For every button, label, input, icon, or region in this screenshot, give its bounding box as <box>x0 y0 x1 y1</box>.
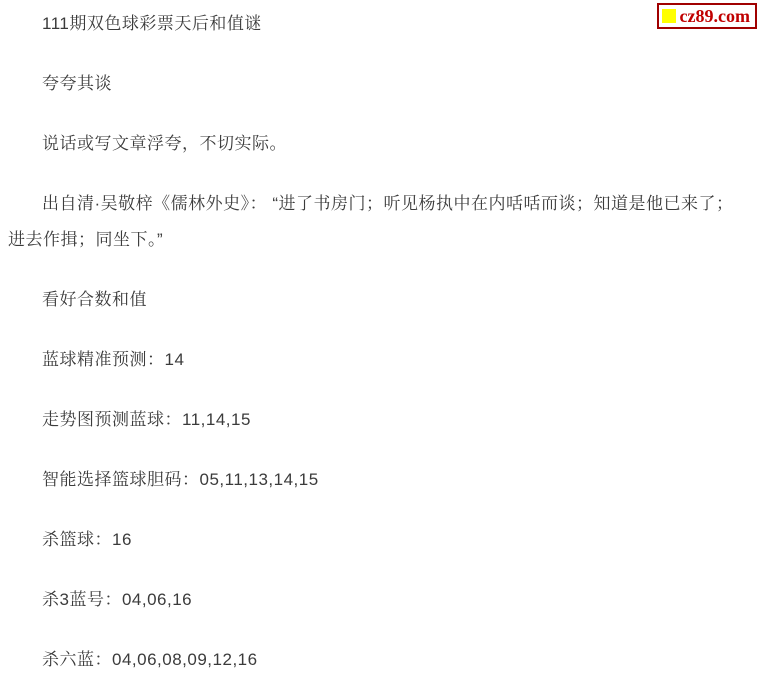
kill-6-blue-numbers: 杀六蓝：04,06,08,09,12,16 <box>8 642 752 678</box>
article-body: 111期双色球彩票天后和值谜 夸夸其谈 说话或写文章浮夸，不切实际。 出自清·吴… <box>0 0 760 678</box>
idiom-name: 夸夸其谈 <box>8 66 752 102</box>
title-line: 111期双色球彩票天后和值谜 <box>8 6 752 42</box>
trend-chart-blue-balls: 走势图预测蓝球：11,14,15 <box>8 402 752 438</box>
smart-blue-dan-codes: 智能选择篮球胆码：05,11,13,14,15 <box>8 462 752 498</box>
idiom-meaning: 说话或写文章浮夸，不切实际。 <box>8 126 752 162</box>
kill-blue-ball: 杀篮球：16 <box>8 522 752 558</box>
yellow-square-icon <box>662 9 676 23</box>
site-watermark: cz89.com <box>657 3 757 29</box>
blue-ball-precise-prediction: 蓝球精准预测：14 <box>8 342 752 378</box>
prediction-summary: 看好合数和值 <box>8 282 752 318</box>
watermark-text: cz89.com <box>680 7 750 25</box>
idiom-source-line2: 进去作揖；同坐下。” <box>8 222 752 258</box>
idiom-source-line1: 出自清·吴敬梓《儒林外史》： “进了书房门；听见杨执中在内咶咶而谈；知道是他已来… <box>8 186 752 222</box>
kill-3-blue-numbers: 杀3蓝号：04,06,16 <box>8 582 752 618</box>
